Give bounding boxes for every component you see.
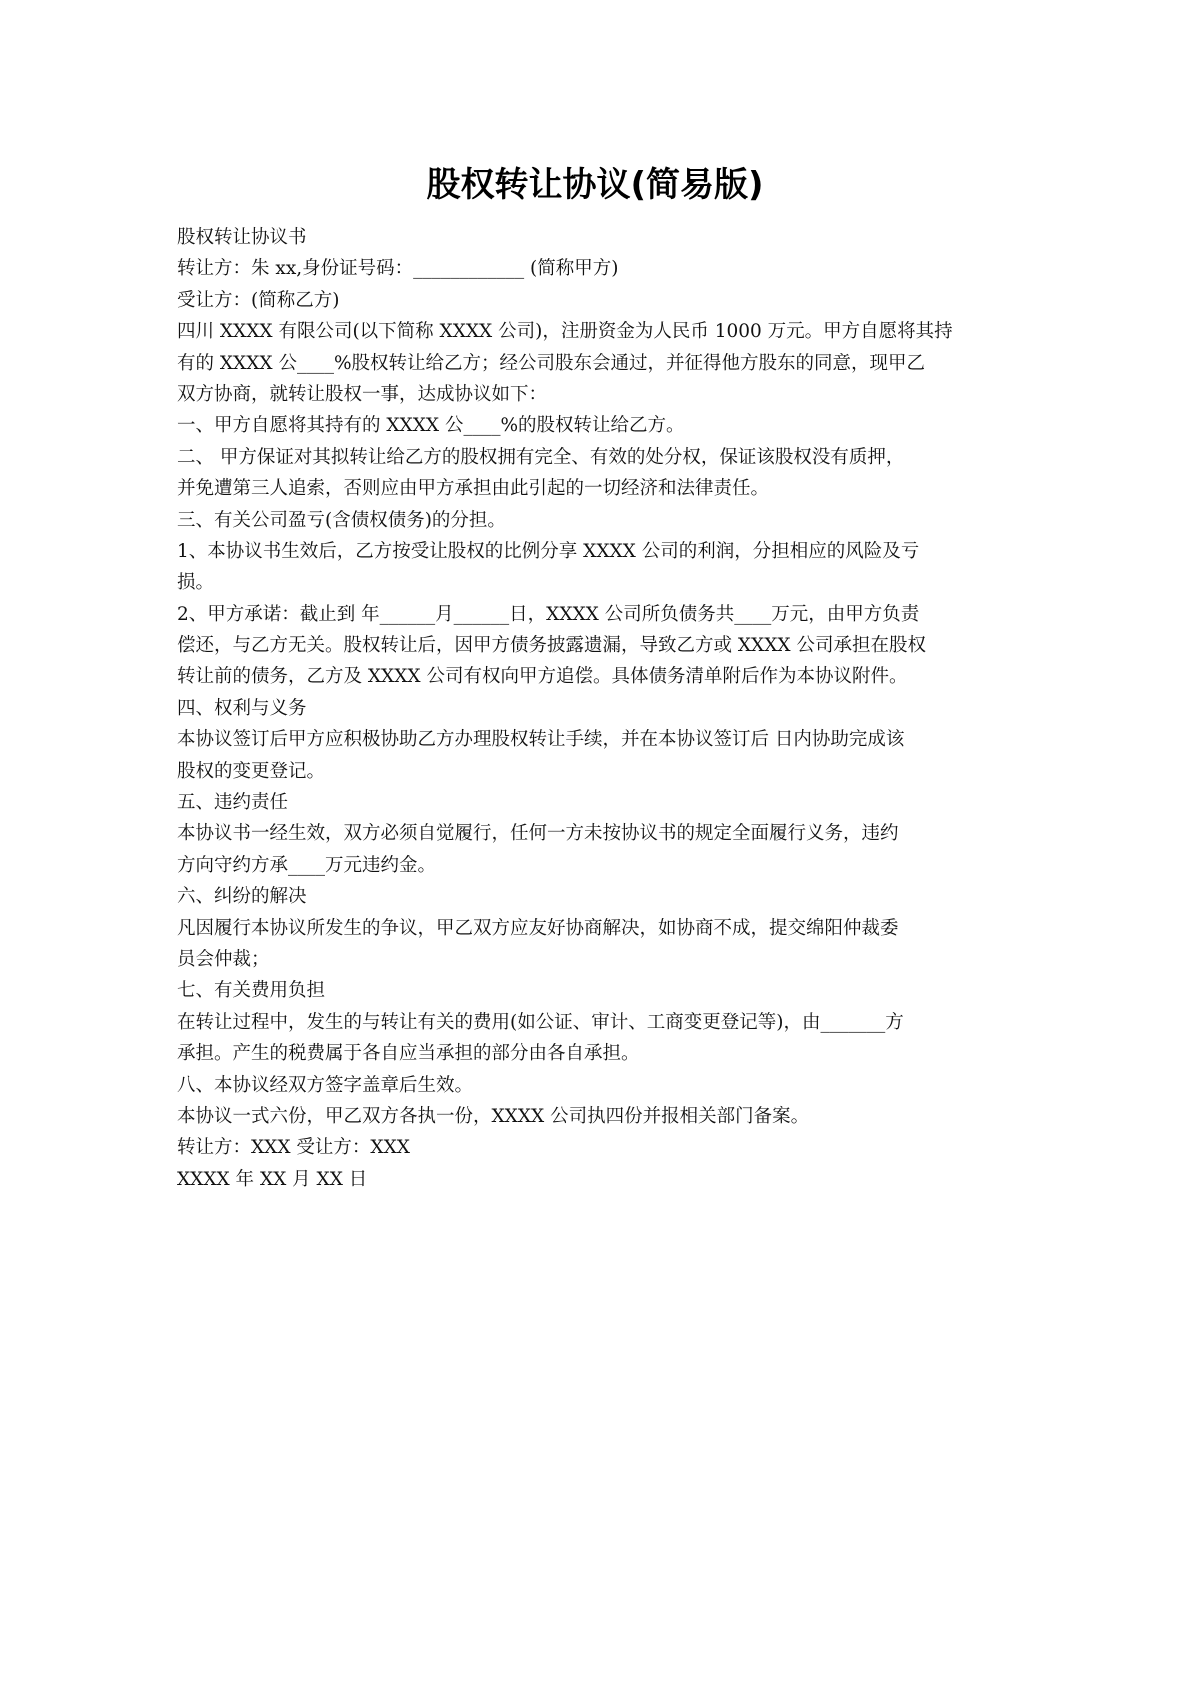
clause-4-heading: 四、权利与义务 (177, 693, 1017, 724)
document-title: 股权转让协议(简易版) (0, 163, 1190, 207)
clause-3-2-line-1: 2、甲方承诺：截止到 年______月______日，XXXX 公司所负债务共_… (177, 599, 1017, 630)
clause-8-heading: 八、本协议经双方签字盖章后生效。 (177, 1070, 1017, 1101)
preamble-line-3: 双方协商，就转让股权一事，达成协议如下： (177, 379, 1017, 410)
clause-2-line-2: 并免遭第三人追索，否则应由甲方承担由此引起的一切经济和法律责任。 (177, 473, 1017, 504)
clause-7-line-2: 承担。产生的税费属于各自应当承担的部分由各自承担。 (177, 1038, 1017, 1069)
clause-4-line-1: 本协议签订后甲方应积极协助乙方办理股权转让手续，并在本协议签订后 日内协助完成该 (177, 724, 1017, 755)
clause-5-heading: 五、违约责任 (177, 787, 1017, 818)
clause-3-heading: 三、有关公司盈亏(含债权债务)的分担。 (177, 505, 1017, 536)
clause-7-heading: 七、有关费用负担 (177, 975, 1017, 1006)
preamble-line-2: 有的 XXXX 公____%股权转让给乙方；经公司股东会通过，并征得他方股东的同… (177, 348, 1017, 379)
clause-7-line-1: 在转让过程中，发生的与转让有关的费用(如公证、审计、工商变更登记等)，由____… (177, 1007, 1017, 1038)
clause-3-1-line-1: 1、本协议书生效后，乙方按受让股权的比例分享 XXXX 公司的利润，分担相应的风… (177, 536, 1017, 567)
clause-3-1-line-2: 损。 (177, 567, 1017, 598)
transferor-line: 转让方：朱 xx,身份证号码：____________ (简称甲方) (177, 253, 1017, 284)
clause-2-line-1: 二、 甲方保证对其拟转让给乙方的股权拥有完全、有效的处分权，保证该股权没有质押， (177, 442, 1017, 473)
clause-1: 一、甲方自愿将其持有的 XXXX 公____%的股权转让给乙方。 (177, 410, 1017, 441)
date-line: XXXX 年 XX 月 XX 日 (177, 1164, 1017, 1195)
transferee-line: 受让方：(简称乙方) (177, 285, 1017, 316)
doc-subtitle: 股权转让协议书 (177, 222, 1017, 253)
clause-5-line-2: 方向守约方承____万元违约金。 (177, 850, 1017, 881)
copies-line: 本协议一式六份，甲乙双方各执一份，XXXX 公司执四份并报相关部门备案。 (177, 1101, 1017, 1132)
clause-5-line-1: 本协议书一经生效，双方必须自觉履行，任何一方未按协议书的规定全面履行义务，违约 (177, 818, 1017, 849)
document-page: 股权转让协议(简易版) 股权转让协议书 转让方：朱 xx,身份证号码：_____… (0, 0, 1190, 1683)
clause-3-2-line-3: 转让前的债务，乙方及 XXXX 公司有权向甲方追偿。具体债务清单附后作为本协议附… (177, 661, 1017, 692)
document-body: 股权转让协议书 转让方：朱 xx,身份证号码：____________ (简称甲… (177, 222, 1017, 1195)
clause-3-2-line-2: 偿还，与乙方无关。股权转让后，因甲方债务披露遗漏，导致乙方或 XXXX 公司承担… (177, 630, 1017, 661)
preamble-line-1: 四川 XXXX 有限公司(以下简称 XXXX 公司)，注册资金为人民币 1000… (177, 316, 1017, 347)
signature-line: 转让方：XXX 受让方：XXX (177, 1132, 1017, 1163)
clause-6-line-1: 凡因履行本协议所发生的争议，甲乙双方应友好协商解决，如协商不成，提交绵阳仲裁委 (177, 913, 1017, 944)
clause-4-line-2: 股权的变更登记。 (177, 756, 1017, 787)
clause-6-line-2: 员会仲裁； (177, 944, 1017, 975)
clause-6-heading: 六、纠纷的解决 (177, 881, 1017, 912)
